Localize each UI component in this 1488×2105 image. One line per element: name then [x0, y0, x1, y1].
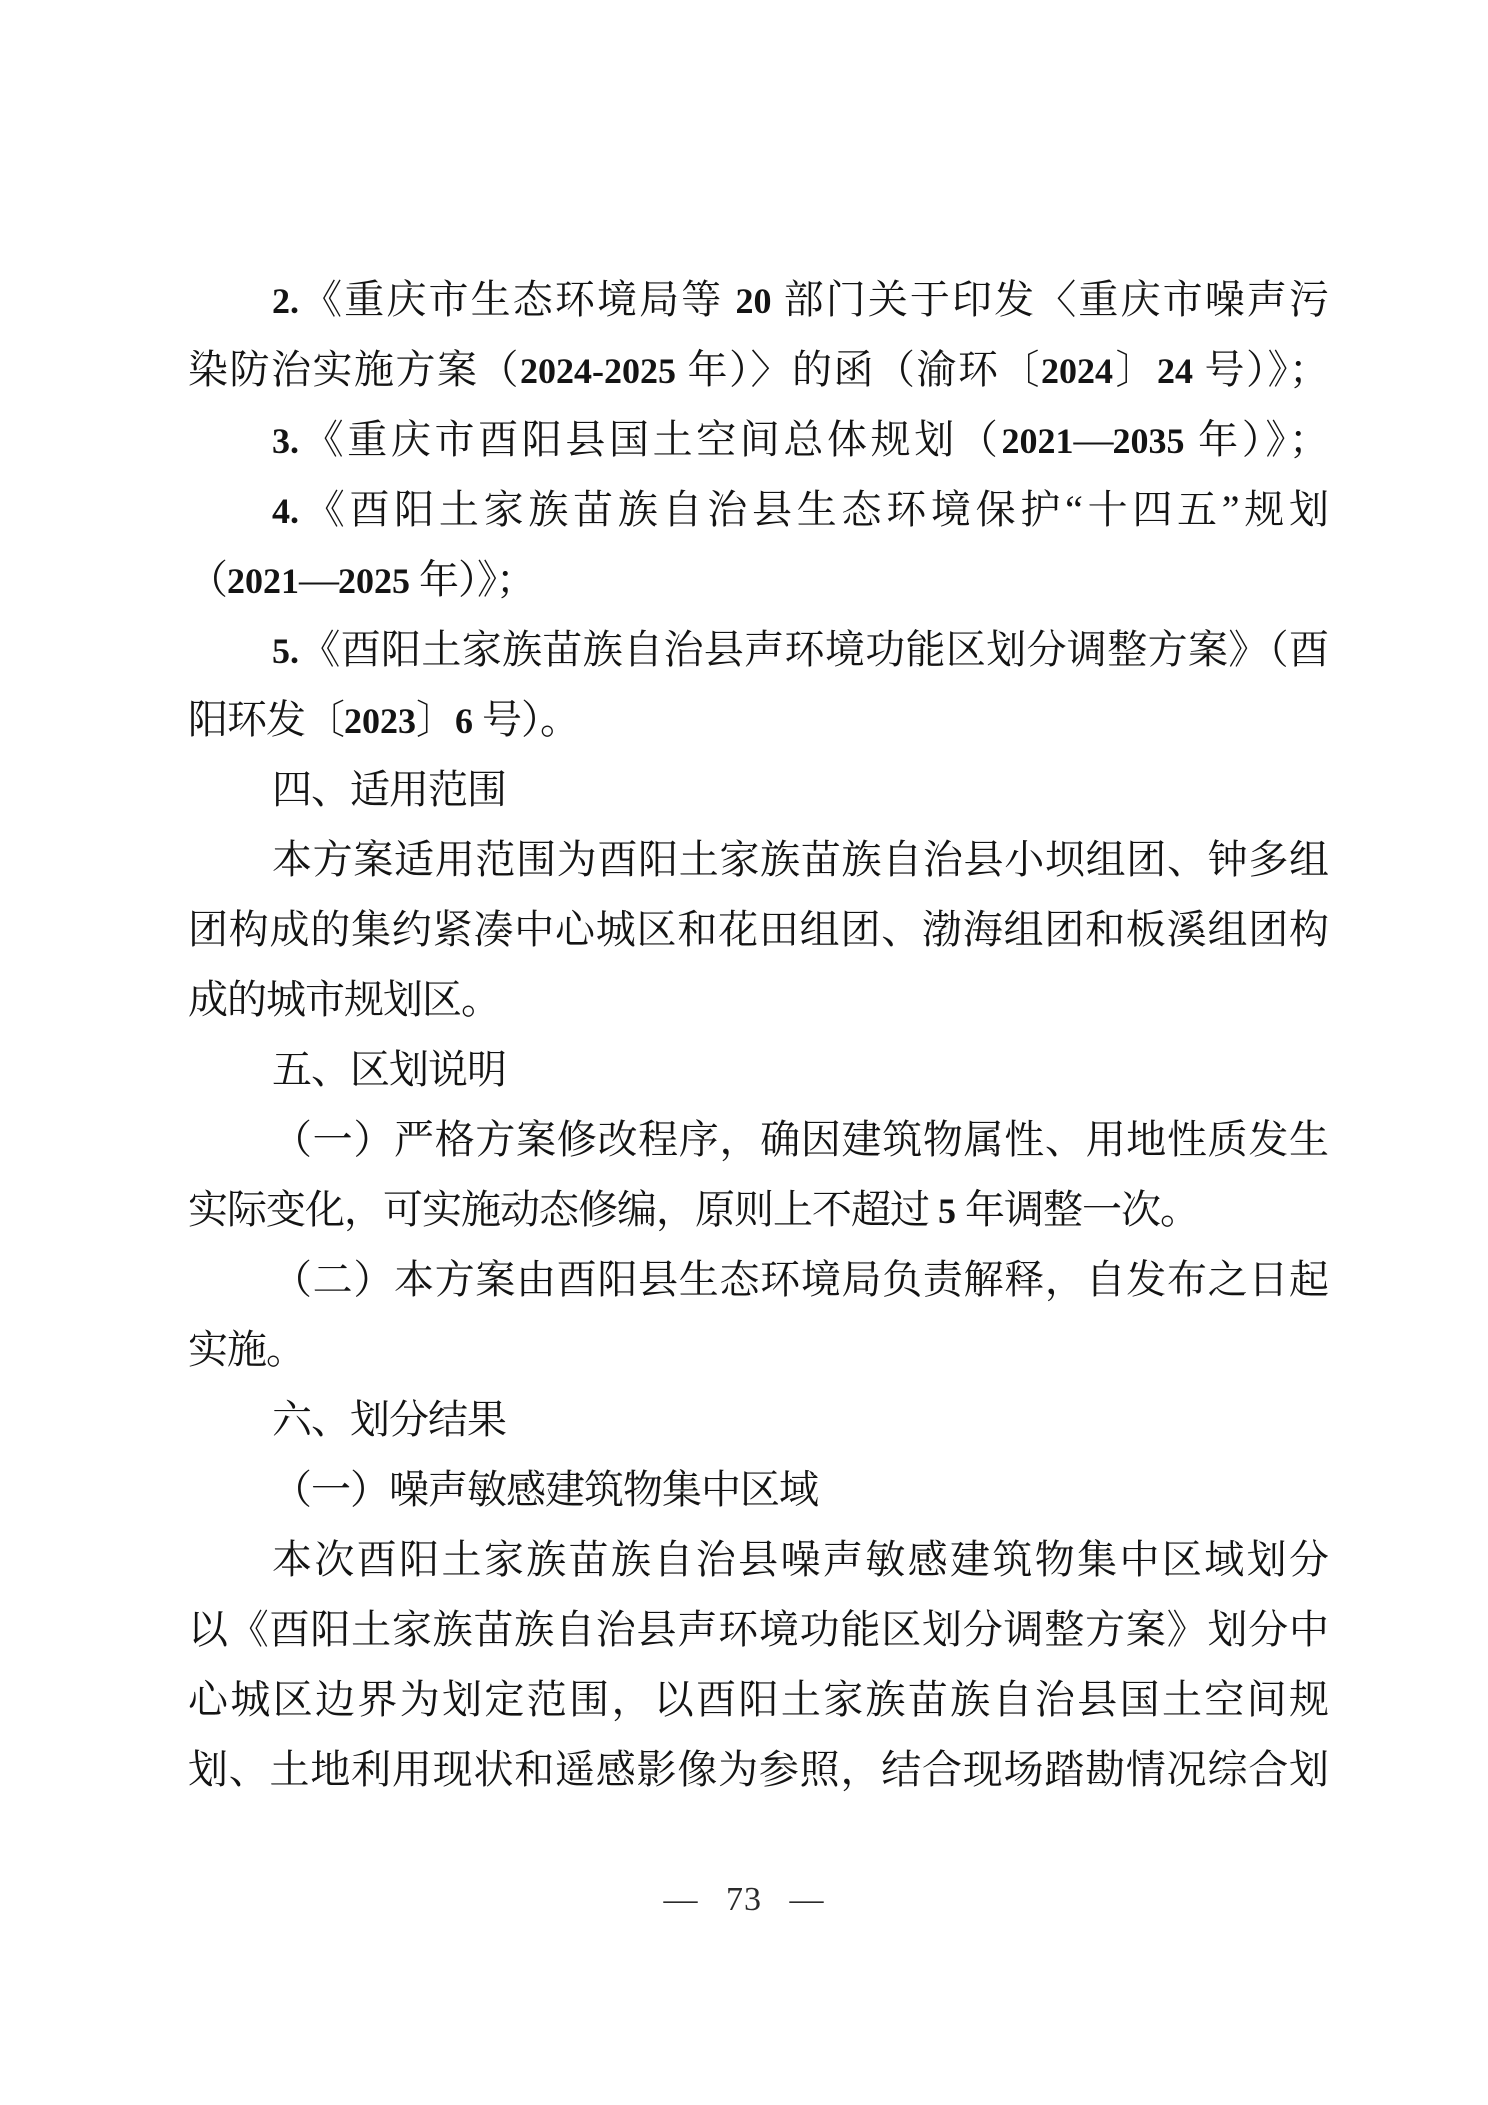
- text-line: （2021—2025 年）》；: [188, 545, 1328, 615]
- text-line: （一）噪声敏感建筑物集中区域: [188, 1455, 1328, 1525]
- document-page: 2.《重庆市生态环境局等 20 部门关于印发〈重庆市噪声污染防治实施方案（202…: [0, 0, 1488, 2105]
- document-body: 2.《重庆市生态环境局等 20 部门关于印发〈重庆市噪声污染防治实施方案（202…: [188, 265, 1328, 1805]
- text-line: 以《酉阳土家族苗族自治县声环境功能区划分调整方案》划分中: [188, 1595, 1328, 1665]
- text-line: 团构成的集约紧凑中心城区和花田组团、渤海组团和板溪组团构: [188, 895, 1328, 965]
- text-line: 4.《酉阳土家族苗族自治县生态环境保护“十四五”规划: [188, 475, 1328, 545]
- text-line: 染防治实施方案（2024-2025 年）〉的函（渝环〔2024〕24 号）》；: [188, 335, 1328, 405]
- text-line: 实施。: [188, 1315, 1328, 1385]
- text-line: 成的城市规划区。: [188, 965, 1328, 1035]
- page-number: — 73 —: [664, 1881, 825, 1918]
- text-line: 划、土地利用现状和遥感影像为参照，结合现场踏勘情况综合划: [188, 1735, 1328, 1805]
- text-line: 阳环发〔2023〕6 号）。: [188, 685, 1328, 755]
- text-line: 5.《酉阳土家族苗族自治县声环境功能区划分调整方案》（酉: [188, 615, 1328, 685]
- text-line: （一）严格方案修改程序，确因建筑物属性、用地性质发生: [188, 1105, 1328, 1175]
- text-line: 2.《重庆市生态环境局等 20 部门关于印发〈重庆市噪声污: [188, 265, 1328, 335]
- text-line: 四、适用范围: [188, 755, 1328, 825]
- text-line: （二）本方案由酉阳县生态环境局负责解释，自发布之日起: [188, 1245, 1328, 1315]
- text-line: 六、划分结果: [188, 1385, 1328, 1455]
- text-line: 3.《重庆市酉阳县国土空间总体规划（2021—2035 年）》；: [188, 405, 1328, 475]
- text-line: 实际变化，可实施动态修编，原则上不超过 5 年调整一次。: [188, 1175, 1328, 1245]
- text-line: 五、区划说明: [188, 1035, 1328, 1105]
- text-line: 心城区边界为划定范围，以酉阳土家族苗族自治县国土空间规: [188, 1665, 1328, 1735]
- text-line: 本次酉阳土家族苗族自治县噪声敏感建筑物集中区域划分: [188, 1525, 1328, 1595]
- text-line: 本方案适用范围为酉阳土家族苗族自治县小坝组团、钟多组: [188, 825, 1328, 895]
- page-footer: — 73 —: [0, 1878, 1488, 1922]
